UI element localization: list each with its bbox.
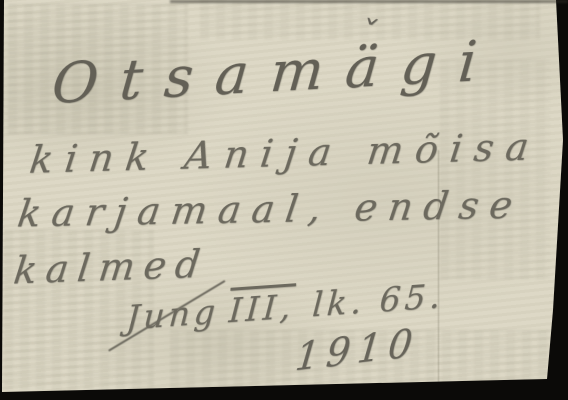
note-line-2: karjamaal, endse	[15, 183, 526, 236]
paper: Otsamägi ˇ kink Anija mõisa karjamaal, e…	[0, 0, 568, 400]
note-line-3: kalmed	[11, 241, 211, 292]
scanner-edge-smudge	[170, 0, 568, 3]
reference-volume: III,	[228, 286, 296, 330]
scanned-card: Otsamägi ˇ kink Anija mõisa karjamaal, e…	[0, 0, 568, 400]
reference-page: lk. 65.	[311, 276, 445, 324]
